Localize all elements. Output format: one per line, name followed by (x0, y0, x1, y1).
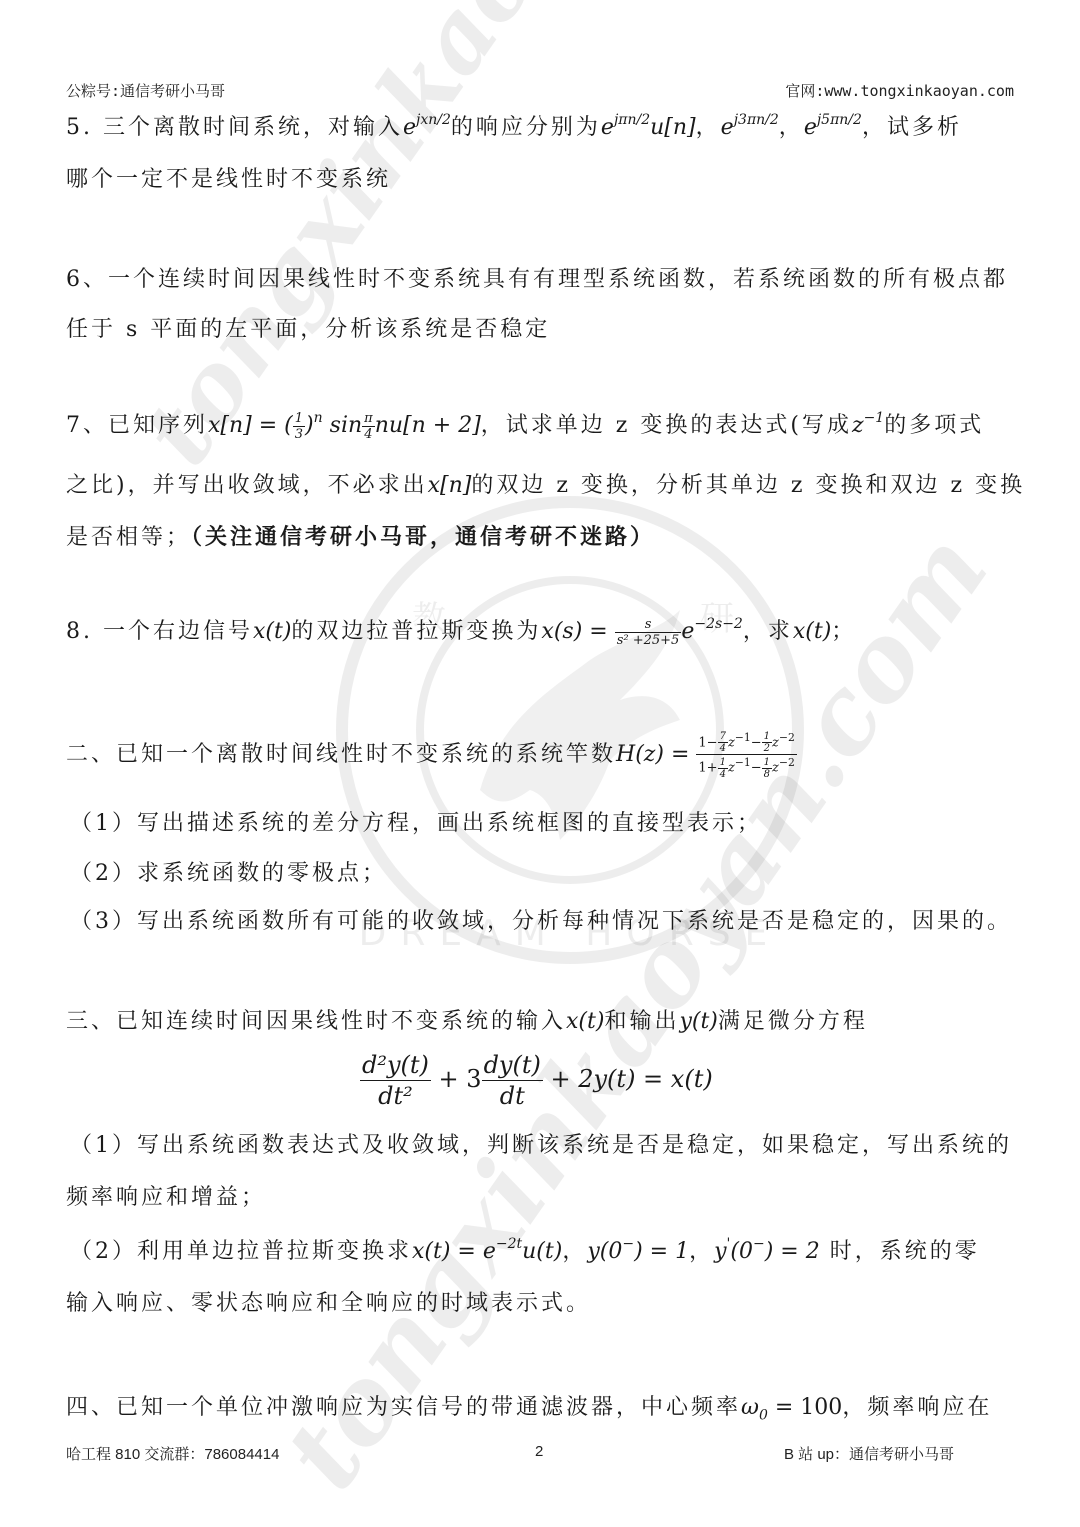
q7-sequence-ref: x[n] (428, 473, 472, 498)
section-3-item-2-line-1: （2）利用单边拉普拉斯变换求x(t) = e−2tu(t)，y(0−) = 1，… (70, 1234, 980, 1265)
section-3-intro: 三、已知连续时间因果线性时不变系统的输入x(t)和输出y(t)满足微分方程 (66, 1004, 868, 1035)
q7-text: 的多项式 (884, 413, 984, 438)
q8-end: ； (831, 619, 856, 644)
s2-text: 二、已知一个离散时间线性时不变系统的系统竿数 (66, 742, 616, 767)
s4-text: ，频率响应在 (842, 1395, 992, 1420)
q8-fraction: ss² +25+5 (615, 617, 682, 648)
q7-fraction-pi-over-4: π4 (362, 411, 375, 442)
header-website: 官网:www.tongxinkaoyan.com (785, 80, 1014, 101)
s3-text: 满足微分方程 (718, 1009, 868, 1034)
page-number: 2 (535, 1443, 543, 1460)
s2-transfer-function: 1−74z−1−12z−2 1+14z−1−18z−2 (696, 730, 796, 780)
s2-hz: H(z) = (616, 742, 696, 767)
q7-fraction-one-third: 13 (293, 411, 305, 442)
q5-response-1-exponent: jπn/2 (614, 112, 650, 128)
s3-text: （2）利用单边拉普拉斯变换求 (70, 1239, 412, 1264)
separator: ， (696, 115, 721, 140)
s4-omega-subscript: 0 (759, 1407, 768, 1423)
q8-exponent: −2s−2 (694, 616, 742, 632)
question-7-line-1: 7、已知序列x[n] = (13)n sinπ4nu[n + 2]，试求单边 z… (66, 408, 984, 442)
s4-text: 四、已知一个单位冲激响应为实信号的带通滤波器，中心频率 (66, 1395, 741, 1420)
s4-center-frequency: = 100 (768, 1395, 842, 1420)
equation-rest: + 2y(t) = x(t) (543, 1065, 713, 1093)
q7-text: 之比)，并写出收敛域，不必求出 (66, 473, 428, 498)
second-derivative-term: d²y(t)dt² (360, 1050, 431, 1111)
section-4-intro: 四、已知一个单位冲激响应为实信号的带通滤波器，中心频率ω0 = 100，频率响应… (66, 1390, 992, 1423)
section-3-item-2-line-2: 输入响应、零状态响应和全响应的时域表示式。 (66, 1286, 591, 1317)
question-5-line-1: 5. 三个离散时间系统，对输入ejxn/2的响应分别为ejπn/2u[n]，ej… (66, 110, 962, 141)
q5-response-1-step: u[n] (650, 115, 696, 140)
s3-text: 时，系统的零 (820, 1239, 980, 1264)
s3-input: x(t) (566, 1009, 604, 1034)
q5-response-2: e (721, 115, 734, 140)
section-3-item-1-line-1: （1）写出系统函数表达式及收敛域，判断该系统是否是稳定，如果稳定，写出系统的 (70, 1128, 1012, 1159)
s3-minus: − (753, 1236, 765, 1252)
footer-bilibili: B 站 up：通信考研小马哥 (784, 1443, 954, 1464)
q7-sin: sin (323, 413, 363, 438)
s3-initial-y-val: ) = 1 (634, 1239, 689, 1264)
promo-bold-text: （关注通信考研小马哥，通信考研不迷路） (191, 524, 655, 550)
question-7-line-2: 之比)，并写出收敛域，不必求出x[n]的双边 z 变换，分析其单边 z 变换和双… (66, 468, 1025, 499)
section-2-item-2: （2）求系统函数的零极点； (70, 856, 387, 887)
q8-text: ，求 (743, 619, 793, 644)
q7-text: 7、已知序列 (66, 413, 208, 438)
section-2-intro: 二、已知一个离散时间线性时不变系统的系统竿数H(z) = 1−74z−1−12z… (66, 730, 797, 780)
q8-transform-lhs: x(s) = (541, 619, 614, 644)
question-7-line-3: 是否相等；（关注通信考研小马哥，通信考研不迷路） (66, 520, 655, 551)
q5-input-exponent: jxn/2 (416, 112, 451, 128)
s3-text: 三、已知连续时间因果线性时不变系统的输入 (66, 1009, 566, 1034)
question-6-line-2: 任于 s 平面的左平面，分析该系统是否稳定 (66, 312, 550, 343)
s3-exp: −2t (496, 1236, 522, 1252)
q8-target: x(t) (793, 619, 831, 644)
q7-text: 是否相等； (66, 525, 191, 550)
q8-text: 8. 一个右边信号 (66, 619, 253, 644)
q7-step: nu[n + 2] (375, 413, 481, 438)
q8-signal: x(t) (253, 619, 291, 644)
s3-minus: − (622, 1236, 634, 1252)
s3-initial-dy-val: ) = 2 (765, 1239, 820, 1264)
s4-omega: ω (741, 1395, 759, 1420)
q8-exp-base: e (681, 619, 694, 644)
question-6-line-1: 6、一个连续时间因果线性时不变系统具有有理型系统函数，若系统函数的所有极点都 (66, 262, 1008, 293)
footer-qq-group: 哈工程 810 交流群：786084414 (66, 1443, 279, 1464)
q7-paren: ) (305, 413, 314, 438)
q5-response-3-exponent: j5πn/2 (817, 112, 862, 128)
q7-z-exponent: −1 (864, 410, 885, 426)
q5-text: ，试多析 (862, 115, 962, 140)
coefficient-3: + 3 (431, 1065, 482, 1093)
s3-input-def: x(t) = e (412, 1239, 496, 1264)
separator: ， (779, 115, 804, 140)
first-derivative-term: dy(t)dt (482, 1050, 543, 1111)
document-page: tongxinkaoyan.com tongxinkaoyan.com DREA… (0, 0, 1080, 1527)
q7-text: ，试求单边 z 变换的表达式(写成 (481, 413, 852, 438)
header-public-account: 公粽号:通信考研小马哥 (66, 80, 225, 101)
s3-initial-y: y(0 (587, 1239, 622, 1264)
q7-z: z (852, 413, 864, 438)
s3-text: 和输出 (604, 1009, 679, 1034)
separator: ， (562, 1239, 587, 1264)
question-5-line-2: 哪个一定不是线性时不变系统 (66, 162, 391, 193)
q5-response-1: e (601, 115, 614, 140)
q5-input-signal: e (403, 115, 416, 140)
q5-response-2-exponent: j3πn/2 (734, 112, 779, 128)
q7-text: 的双边 z 变换，分析其单边 z 变换和双边 z 变换 (471, 473, 1025, 498)
q5-response-3: e (804, 115, 817, 140)
section-2-item-3: （3）写出系统函数所有可能的收敛域，分析每种情况下系统是否是稳定的，因果的。 (70, 904, 1012, 935)
s3-output: y(t) (679, 1009, 717, 1034)
separator: ， (689, 1239, 714, 1264)
q7-power: n (314, 410, 323, 426)
section-2-item-1: （1）写出描述系统的差分方程，画出系统框图的直接型表示； (70, 806, 762, 837)
s3-initial-dy: y (714, 1239, 726, 1264)
q7-sequence: x[n] = ( (208, 413, 293, 438)
q5-text: 的响应分别为 (451, 115, 601, 140)
question-8: 8. 一个右边信号x(t)的双边拉普拉斯变换为x(s) = ss² +25+5e… (66, 614, 856, 648)
section-3-item-1-line-2: 频率响应和增益； (66, 1180, 266, 1211)
s3-initial-dy-arg: (0 (730, 1239, 753, 1264)
s3-step: u(t) (522, 1239, 562, 1264)
q5-text: 5. 三个离散时间系统，对输入 (66, 115, 403, 140)
q8-text: 的双边拉普拉斯变换为 (291, 619, 541, 644)
differential-equation: d²y(t)dt² + 3dy(t)dt + 2y(t) = x(t) (360, 1050, 713, 1111)
